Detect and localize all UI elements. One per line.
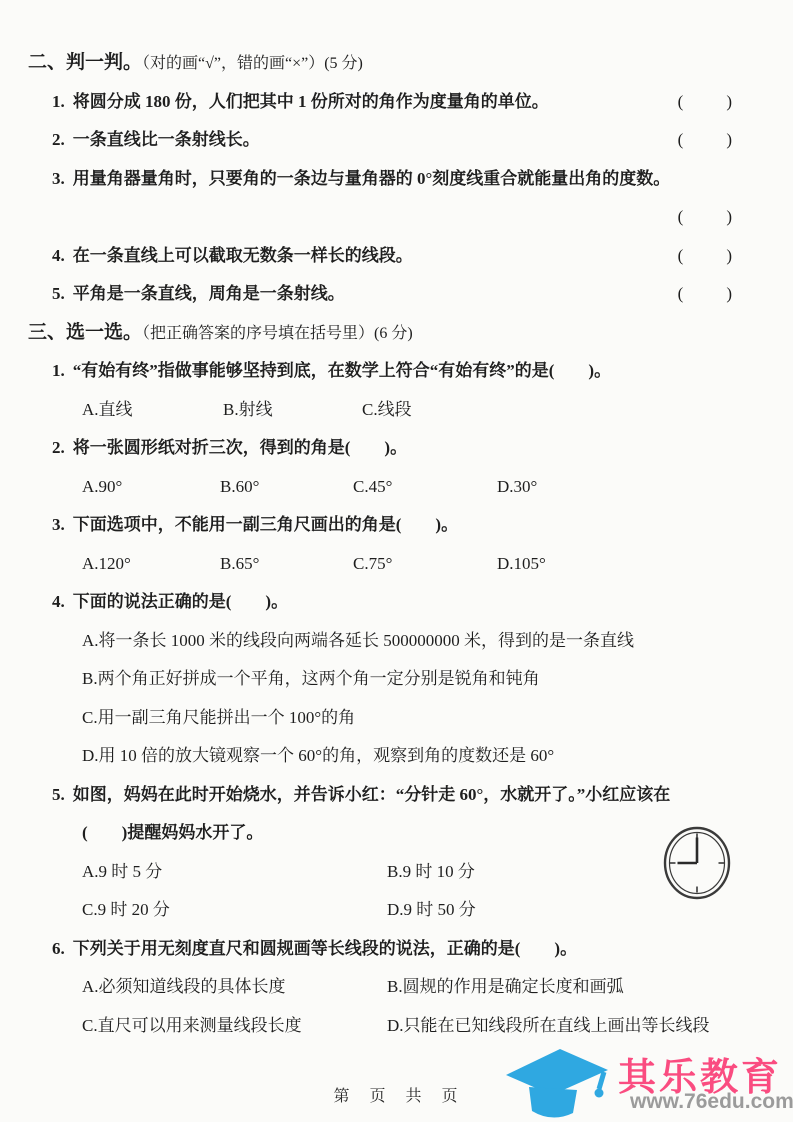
option-b: B.9 时 10 分 [387, 853, 475, 892]
option-c: C.直尺可以用来测量线段长度 [82, 1007, 302, 1046]
worksheet-page: 二、判一判。（对的画“√”，错的画“×”）(5 分) 1. 将圆分成 180 份… [0, 0, 793, 1122]
question-text: 一条直线比一条射线长。 [73, 121, 678, 160]
option-a: A.将一条长 1000 米的线段向两端各延长 500000000 米，得到的是一… [82, 622, 634, 661]
question-number: 3. [52, 506, 65, 545]
section-choice-subtitle: （把正确答案的序号填在括号里）(6 分) [142, 325, 413, 342]
option-a: A.直线 [82, 391, 133, 430]
option-b: B.射线 [223, 391, 273, 430]
question-number: 3. [52, 160, 65, 199]
judge-item-5: 5. 平角是一条直线，周角是一条射线。 ( ) [52, 275, 735, 314]
question-number: 1. [52, 352, 65, 391]
option-a: A.120° [82, 545, 131, 584]
question-text: “有始有终”指做事能够坚持到底，在数学上符合“有始有终”的是( )。 [73, 352, 611, 391]
brand-logo: 其乐教育 www.76edu.com [500, 1042, 793, 1122]
option-a: A.90° [82, 468, 122, 507]
judge-item-2: 2. 一条直线比一条射线长。 ( ) [52, 121, 735, 160]
worksheet-content: 二、判一判。（对的画“√”，错的画“×”）(5 分) 1. 将圆分成 180 份… [28, 44, 735, 1045]
option-d: D.只能在已知线段所在直线上画出等长线段 [387, 1007, 710, 1046]
brand-url: www.76edu.com [630, 1090, 793, 1114]
choice-question-2-options: A.90° B.60° C.45° D.30° [82, 468, 735, 507]
option-c: C.75° [353, 545, 392, 584]
answer-bracket: ( ) [678, 237, 735, 276]
answer-bracket: ( ) [678, 121, 735, 160]
question-text: 下列关于用无刻度直尺和圆规画等长线段的说法，正确的是( )。 [73, 930, 577, 969]
question-number: 2. [52, 429, 65, 468]
choice-question-1-stem: 1. “有始有终”指做事能够坚持到底，在数学上符合“有始有终”的是( )。 [52, 352, 735, 391]
question-number: 2. [52, 121, 65, 160]
option-b: B.圆规的作用是确定长度和画弧 [387, 968, 624, 1007]
question-text: 用量角器量角时，只要角的一条边与量角器的 0°刻度线重合就能量出角的度数。 [73, 160, 735, 199]
option-a: A.必须知道线段的具体长度 [82, 968, 286, 1007]
option-c: C.45° [353, 468, 392, 507]
option-d: D.30° [497, 468, 537, 507]
section-judge-title: 二、判一判。 [28, 52, 142, 73]
option-b: B.两个角正好拼成一个平角，这两个角一定分别是锐角和钝角 [82, 660, 540, 699]
option-d: D.105° [497, 545, 546, 584]
judge-item-3: 3. 用量角器量角时，只要角的一条边与量角器的 0°刻度线重合就能量出角的度数。 [52, 160, 735, 199]
option-d: D.9 时 50 分 [387, 891, 476, 930]
choice-question-4-option-a: A.将一条长 1000 米的线段向两端各延长 500000000 米，得到的是一… [82, 622, 735, 661]
choice-question-6-options-ab: A.必须知道线段的具体长度 B.圆规的作用是确定长度和画弧 [82, 968, 735, 1007]
choice-question-5-options-ab: A.9 时 5 分 B.9 时 10 分 [82, 853, 735, 892]
question-number: 6. [52, 930, 65, 969]
question-text: 将圆分成 180 份，人们把其中 1 份所对的角作为度量角的单位。 [73, 83, 678, 122]
judge-item-1: 1. 将圆分成 180 份，人们把其中 1 份所对的角作为度量角的单位。 ( ) [52, 83, 735, 122]
option-b: B.65° [220, 545, 259, 584]
section-choice-header: 三、选一选。（把正确答案的序号填在括号里）(6 分) [28, 314, 735, 353]
analog-clock-icon [656, 820, 738, 906]
choice-question-1-options: A.直线 B.射线 C.线段 [82, 391, 735, 430]
section-choice-title: 三、选一选。 [28, 322, 142, 343]
question-text: 如图，妈妈在此时开始烧水，并告诉小红：“分针走 60°，水就开了。”小红应该在 [73, 776, 671, 815]
answer-bracket: ( ) [678, 207, 735, 226]
choice-question-5-options-cd: C.9 时 20 分 D.9 时 50 分 [82, 891, 735, 930]
question-text: 平角是一条直线，周角是一条射线。 [73, 275, 678, 314]
choice-question-5-stem: 5. 如图，妈妈在此时开始烧水，并告诉小红：“分针走 60°，水就开了。”小红应… [52, 776, 735, 815]
choice-question-2-stem: 2. 将一张圆形纸对折三次，得到的角是( )。 [52, 429, 735, 468]
question-text: 下面选项中，不能用一副三角尺画出的角是( )。 [73, 506, 458, 545]
question-number: 1. [52, 83, 65, 122]
choice-question-4-option-c: C.用一副三角尺能拼出一个 100°的角 [82, 699, 735, 738]
question-number: 5. [52, 776, 65, 815]
choice-question-3-options: A.120° B.65° C.75° D.105° [82, 545, 735, 584]
choice-question-6-options-cd: C.直尺可以用来测量线段长度 D.只能在已知线段所在直线上画出等长线段 [82, 1007, 735, 1046]
section-judge-subtitle: （对的画“√”，错的画“×”）(5 分) [142, 55, 363, 72]
option-a: A.9 时 5 分 [82, 853, 162, 892]
section-judge-header: 二、判一判。（对的画“√”，错的画“×”）(5 分) [28, 44, 735, 83]
choice-question-3-stem: 3. 下面选项中，不能用一副三角尺画出的角是( )。 [52, 506, 735, 545]
question-number: 5. [52, 275, 65, 314]
question-text: 下面的说法正确的是( )。 [73, 583, 288, 622]
choice-question-5-stem-line2: ( )提醒妈妈水开了。 [82, 814, 735, 853]
question-text: 在一条直线上可以截取无数条一样长的线段。 [73, 237, 678, 276]
answer-bracket: ( ) [678, 275, 735, 314]
option-c: C.9 时 20 分 [82, 891, 170, 930]
clock-illustration [656, 820, 738, 911]
graduation-cap-icon [500, 1044, 614, 1122]
choice-question-4-option-d: D.用 10 倍的放大镜观察一个 60°的角，观察到角的度数还是 60° [82, 737, 735, 776]
choice-question-6-stem: 6. 下列关于用无刻度直尺和圆规画等长线段的说法，正确的是( )。 [52, 930, 735, 969]
choice-question-4-stem: 4. 下面的说法正确的是( )。 [52, 583, 735, 622]
question-number: 4. [52, 583, 65, 622]
option-d: D.用 10 倍的放大镜观察一个 60°的角，观察到角的度数还是 60° [82, 737, 554, 776]
option-c: C.线段 [362, 391, 412, 430]
question-text: 将一张圆形纸对折三次，得到的角是( )。 [73, 429, 407, 468]
judge-item-3-bracket-line: ( ) [28, 198, 735, 237]
option-c: C.用一副三角尺能拼出一个 100°的角 [82, 699, 355, 738]
judge-item-4: 4. 在一条直线上可以截取无数条一样长的线段。 ( ) [52, 237, 735, 276]
answer-bracket: ( ) [678, 83, 735, 122]
question-number: 4. [52, 237, 65, 276]
option-b: B.60° [220, 468, 259, 507]
choice-question-4-option-b: B.两个角正好拼成一个平角，这两个角一定分别是锐角和钝角 [82, 660, 735, 699]
